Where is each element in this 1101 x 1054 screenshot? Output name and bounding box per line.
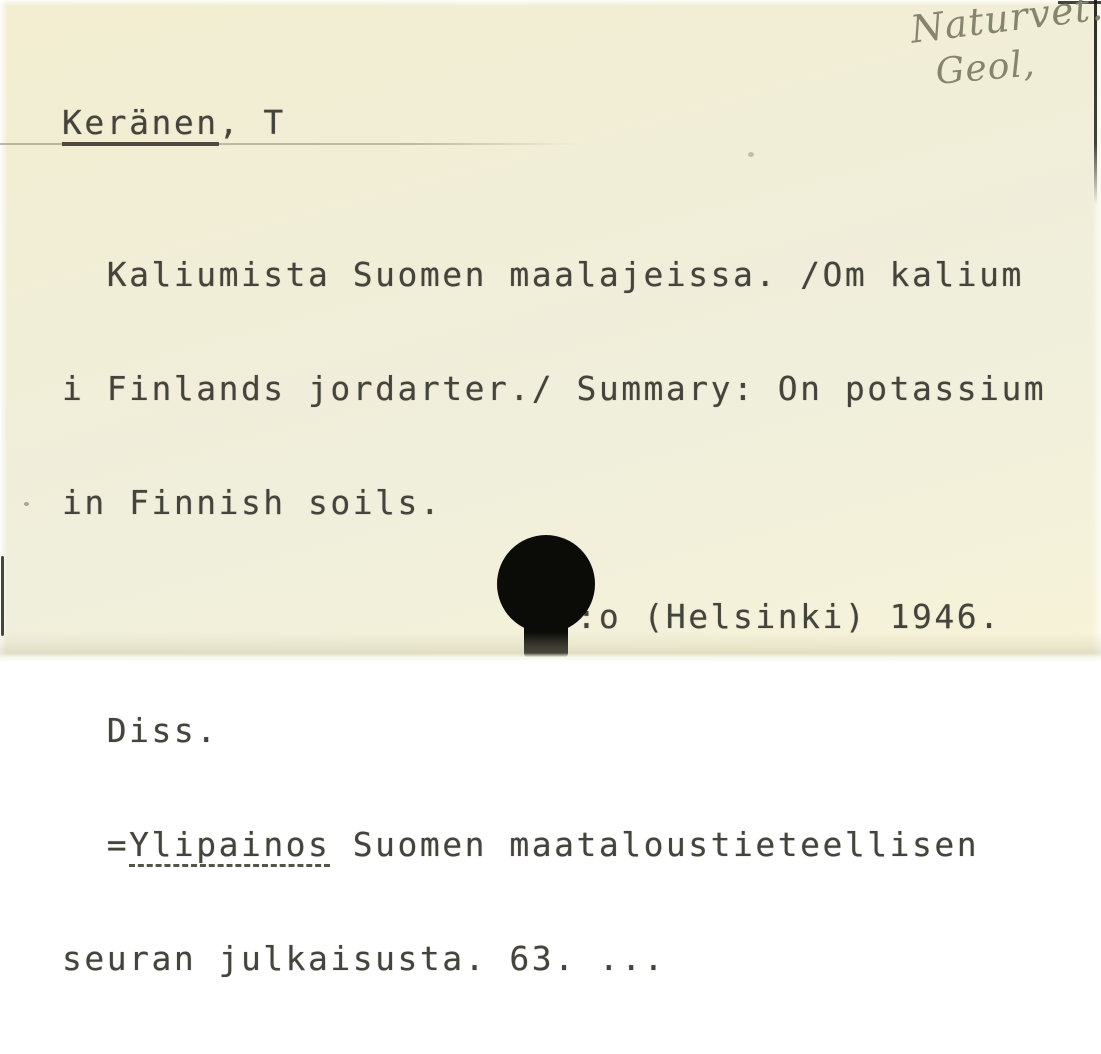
title-line-3: in Finnish soils. (62, 484, 1046, 522)
author-heading: Keränen, T (62, 104, 286, 142)
catalog-card: Naturvet. Geol, Keränen, T Kaliumista Su… (0, 0, 1101, 662)
title-line-2: i Finlands jordarter./ Summary: On potas… (62, 370, 1046, 408)
title-line-1: Kaliumista Suomen maalajeissa. /Om kaliu… (62, 256, 1046, 294)
author-heading-suffix: , T (219, 103, 286, 142)
stray-mark (24, 502, 29, 506)
card-left-edge-shadow (1, 556, 4, 636)
stray-mark (748, 152, 754, 157)
author-surname: Keränen (62, 103, 219, 146)
card-right-edge-shadow (1094, 0, 1097, 205)
classification-note-line2: Geol, (934, 43, 1037, 93)
classification-note-line1: Naturvet. (908, 0, 1101, 52)
card-bottom-edge (0, 632, 1101, 662)
punch-hole (497, 535, 595, 633)
